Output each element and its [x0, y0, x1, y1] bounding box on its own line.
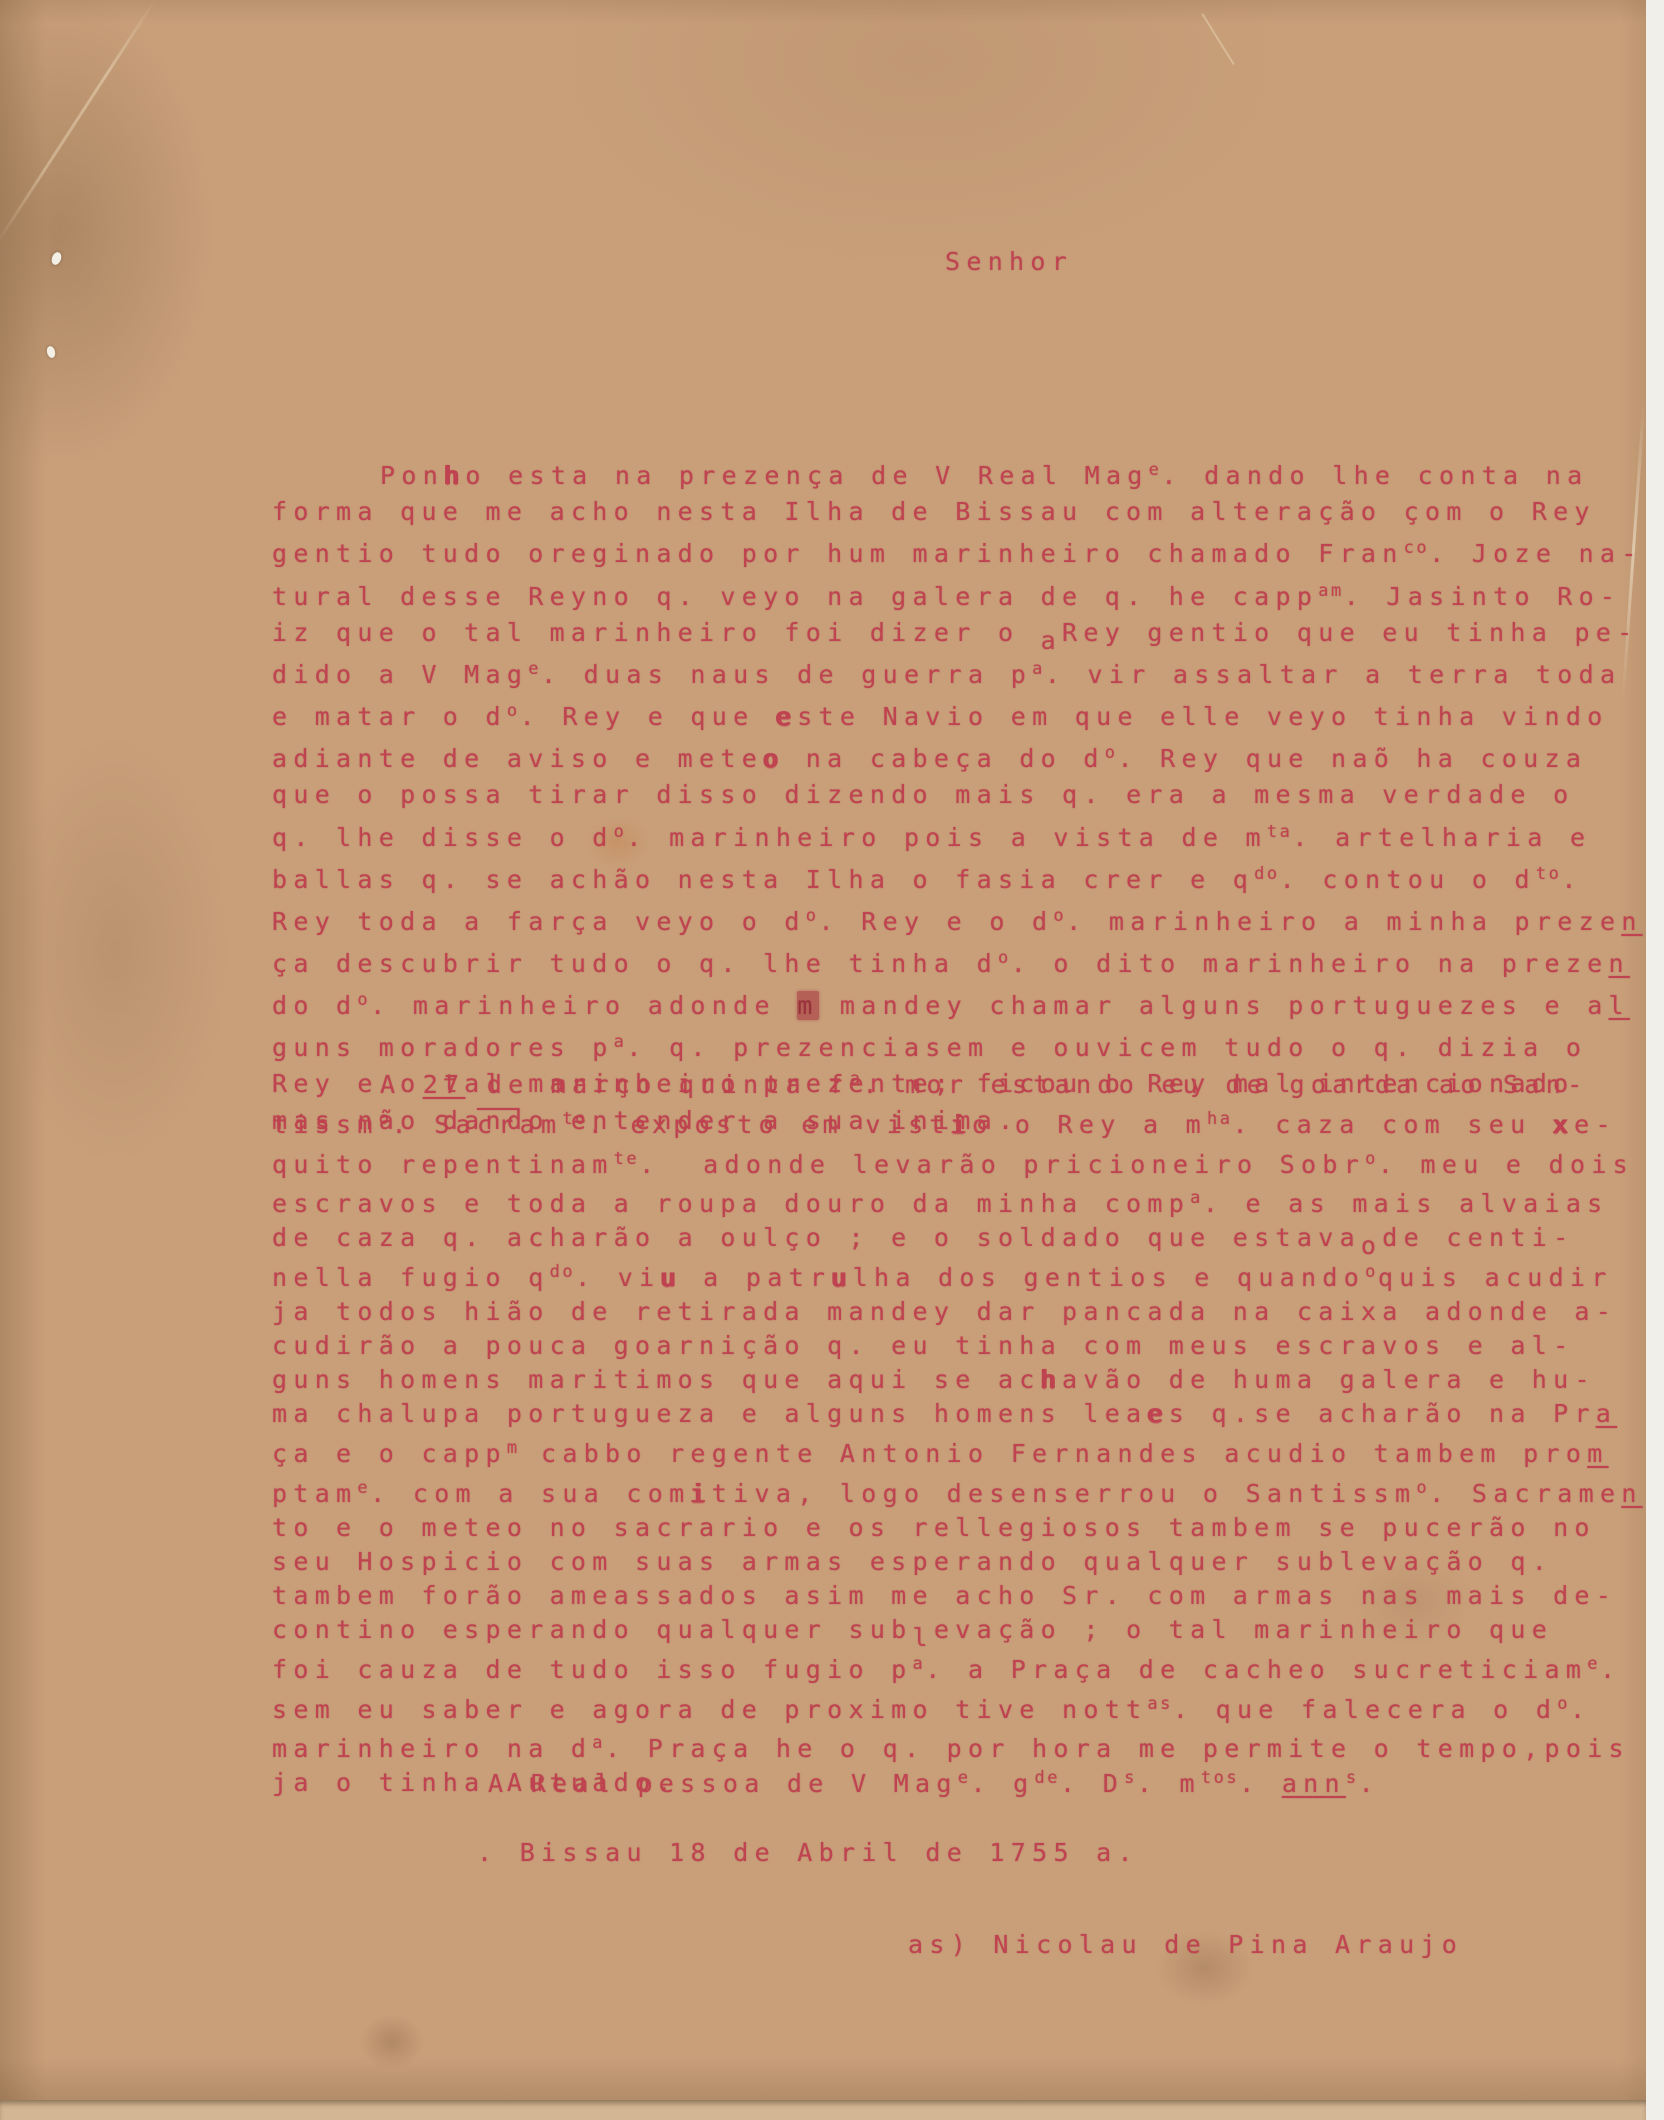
letter-body-paragraph-1: Ponho esta na prezença de V Real Mage. d…	[272, 452, 1642, 1139]
text-line: foi cauza de tudo isso fugio pa. a Praça…	[272, 1647, 1642, 1687]
letter-paper: Senhor Ponho esta na prezença de V Real …	[0, 0, 1646, 2100]
paper-hole-speck	[50, 251, 63, 266]
text-line: iz que o tal marinheiro foi dizer o aRey…	[272, 615, 1642, 651]
text-line: forma que me acho nesta Ilha de Bissau c…	[272, 494, 1642, 530]
salutation-heading: Senhor	[945, 247, 1073, 276]
text-line: guns moradores pa. q. prezenciasem e ouv…	[272, 1024, 1642, 1066]
text-line: contino esperando qualquer sublevação ; …	[272, 1613, 1642, 1647]
text-line: Rey toda a farça veyo o do. Rey e o do. …	[272, 898, 1642, 940]
text-line: ma chalupa portugueza e alguns homens le…	[272, 1397, 1642, 1431]
text-line: adiante de aviso e meteo na cabeça do do…	[272, 735, 1642, 777]
text-line: quito repentinamte. adonde levarão prici…	[272, 1142, 1642, 1182]
text-line: A 27 de março quinta fa. mor estando eu …	[272, 1062, 1642, 1102]
signature-line: as) Nicolau de Pina Araujo	[908, 1930, 1463, 1959]
text-line: guns homens maritimos que aqui se achavã…	[272, 1363, 1642, 1397]
text-line: marinheiro na da. Praça he o q. por hora…	[272, 1726, 1642, 1766]
text-line: sem eu saber e agora de proximo tive not…	[272, 1687, 1642, 1727]
text-line: ja todos hião de retirada mandey dar pan…	[272, 1295, 1642, 1329]
text-line: gentio tudo oreginado por hum marinheiro…	[272, 530, 1642, 572]
text-line: ballas q. se achão nesta Ilha o fasia cr…	[272, 856, 1642, 898]
text-line: ça descubrir tudo o q. lhe tinha do. o d…	[272, 940, 1642, 982]
text-line: ptame. com a sua comitiva, logo desenser…	[272, 1471, 1642, 1511]
text-line: Ponho esta na prezença de V Real Mage. d…	[272, 452, 1642, 494]
underlying-sheet-edge	[0, 2100, 1646, 2120]
fold-crease-top-right	[1201, 13, 1234, 65]
text-line: cudirão a pouca goarnição q. eu tinha co…	[272, 1329, 1642, 1363]
place-and-date-line: . Bissau 18 de Abril de 1755 a.	[477, 1838, 1139, 1867]
paper-hole-speck	[46, 345, 57, 359]
text-line: que o possa tirar disso dizendo mais q. …	[272, 777, 1642, 813]
text-line: tambem forão ameassados asim me acho Sr.…	[272, 1579, 1642, 1613]
text-line: escravos e toda a roupa douro da minha c…	[272, 1181, 1642, 1221]
scanned-letter-page: Senhor Ponho esta na prezença de V Real …	[0, 0, 1664, 2120]
text-line: seu Hospicio com suas armas esperando qu…	[272, 1545, 1642, 1579]
closing-formula-line: A Real pessoa de V Mage. gde. Ds. mtos. …	[488, 1768, 1380, 1798]
text-line: ça e o cappm cabbo regente Antonio Ferna…	[272, 1431, 1642, 1471]
text-line: de caza q. acharão a oulço ; e o soldado…	[272, 1221, 1642, 1255]
text-line: dido a V Mage. duas naus de guerra pa. v…	[272, 651, 1642, 693]
text-line: nella fugio qdo. viu a patrulha dos gent…	[272, 1255, 1642, 1295]
text-line: do do. marinheiro adonde m mandey chamar…	[272, 982, 1642, 1024]
text-line: tissmo. Sacramto. exposto em vistio o Re…	[272, 1102, 1642, 1142]
letter-body-paragraph-2: A 27 de março quinta fa. mor estando eu …	[272, 1062, 1642, 1800]
fold-crease-top-left	[0, 0, 158, 246]
text-line: tural desse Reyno q. veyo na galera de q…	[272, 573, 1642, 615]
text-line: q. lhe disse o do. marinheiro pois a vis…	[272, 814, 1642, 856]
text-line: to e o meteo no sacrario e os rellegioso…	[272, 1511, 1642, 1545]
text-line: e matar o do. Rey e que este Navio em qu…	[272, 693, 1642, 735]
